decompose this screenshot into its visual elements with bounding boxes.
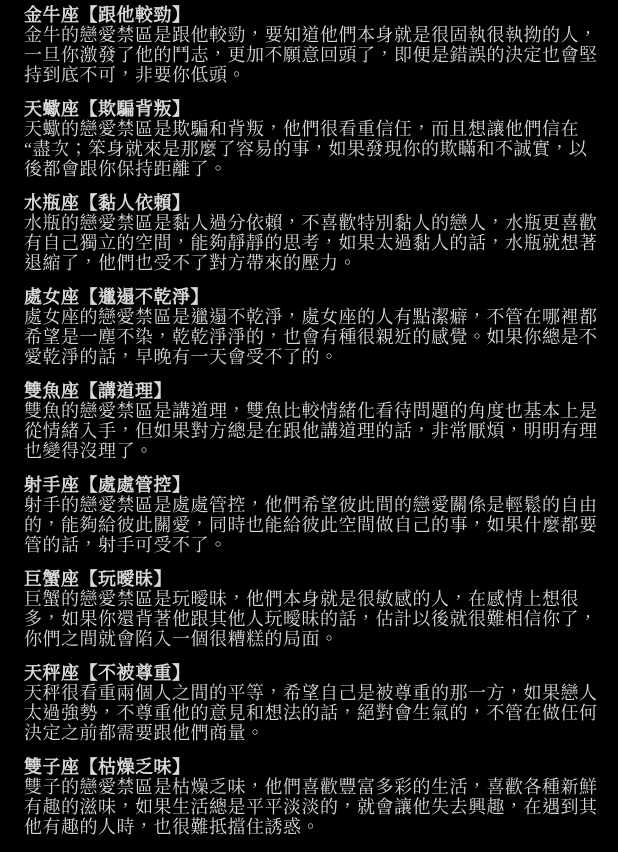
section-body: 巨蟹的戀愛禁區是玩曖昧，他們本身就是很敏感的人，在感情上想很 多，如果你還背著他…	[24, 589, 598, 649]
section-aquarius: 水瓶座【黏人依賴】 水瓶的戀愛禁區是黏人過分依賴，不喜歡特別黏人的戀人，水瓶更喜…	[24, 193, 598, 273]
section-title: 雙魚座【講道理】	[24, 381, 598, 401]
section-pisces: 雙魚座【講道理】 雙魚的戀愛禁區是講道理，雙魚比較情緒化看待問題的角度也基本上是…	[24, 381, 598, 461]
section-sagittarius: 射手座【處處管控】 射手的戀愛禁區是處處管控，他們希望彼此間的戀愛關係是輕鬆的自…	[24, 475, 598, 555]
section-cancer: 巨蟹座【玩曖昧】 巨蟹的戀愛禁區是玩曖昧，他們本身就是很敏感的人，在感情上想很 …	[24, 569, 598, 649]
section-title: 天秤座【不被尊重】	[24, 663, 598, 683]
section-scorpio: 天蠍座【欺騙背叛】 天蠍的戀愛禁區是欺騙和背叛，他們很看重信任，而且想讓他們信在…	[24, 99, 598, 179]
section-body: 天蠍的戀愛禁區是欺騙和背叛，他們很看重信任，而且想讓他們信在 “盡次；笨身就來是…	[24, 119, 598, 179]
section-libra: 天秤座【不被尊重】 天秤很看重兩個人之間的平等，希望自己是被尊重的那一方，如果戀…	[24, 663, 598, 743]
section-body: 射手的戀愛禁區是處處管控，他們希望彼此間的戀愛關係是輕鬆的自由 的，能夠給彼此關…	[24, 495, 598, 555]
section-body: 雙魚的戀愛禁區是講道理，雙魚比較情緒化看待問題的角度也基本上是 從情緒入手，但如…	[24, 401, 598, 461]
section-title: 巨蟹座【玩曖昧】	[24, 569, 598, 589]
section-body: 雙子的戀愛禁區是枯燥乏味，他們喜歡豐富多彩的生活，喜歡各種新鮮 有趣的滋味，如果…	[24, 777, 598, 837]
section-body: 處女座的戀愛禁區是邋遢不乾淨，處女座的人有點潔癖，不管在哪裡都 希望是一塵不染，…	[24, 307, 598, 367]
section-title: 水瓶座【黏人依賴】	[24, 193, 598, 213]
section-title: 射手座【處處管控】	[24, 475, 598, 495]
section-body: 水瓶的戀愛禁區是黏人過分依賴，不喜歡特別黏人的戀人，水瓶更喜歡 有自己獨立的空間…	[24, 213, 598, 273]
zodiac-love-taboo-document: 金牛座【跟他較勁】 金牛的戀愛禁區是跟他較勁，要知道他們本身就是很固執很執拗的人…	[0, 0, 618, 852]
section-title: 天蠍座【欺騙背叛】	[24, 99, 598, 119]
section-title: 處女座【邋遢不乾淨】	[24, 287, 598, 307]
section-title: 金牛座【跟他較勁】	[24, 5, 598, 25]
section-body: 金牛的戀愛禁區是跟他較勁，要知道他們本身就是很固執很執拗的人， 一旦你激發了他的…	[24, 25, 598, 85]
section-virgo: 處女座【邋遢不乾淨】 處女座的戀愛禁區是邋遢不乾淨，處女座的人有點潔癖，不管在哪…	[24, 287, 598, 367]
section-title: 雙子座【枯燥乏味】	[24, 757, 598, 777]
section-taurus: 金牛座【跟他較勁】 金牛的戀愛禁區是跟他較勁，要知道他們本身就是很固執很執拗的人…	[24, 5, 598, 85]
section-gemini: 雙子座【枯燥乏味】 雙子的戀愛禁區是枯燥乏味，他們喜歡豐富多彩的生活，喜歡各種新…	[24, 757, 598, 837]
section-body: 天秤很看重兩個人之間的平等，希望自己是被尊重的那一方，如果戀人 太過強勢，不尊重…	[24, 683, 598, 743]
